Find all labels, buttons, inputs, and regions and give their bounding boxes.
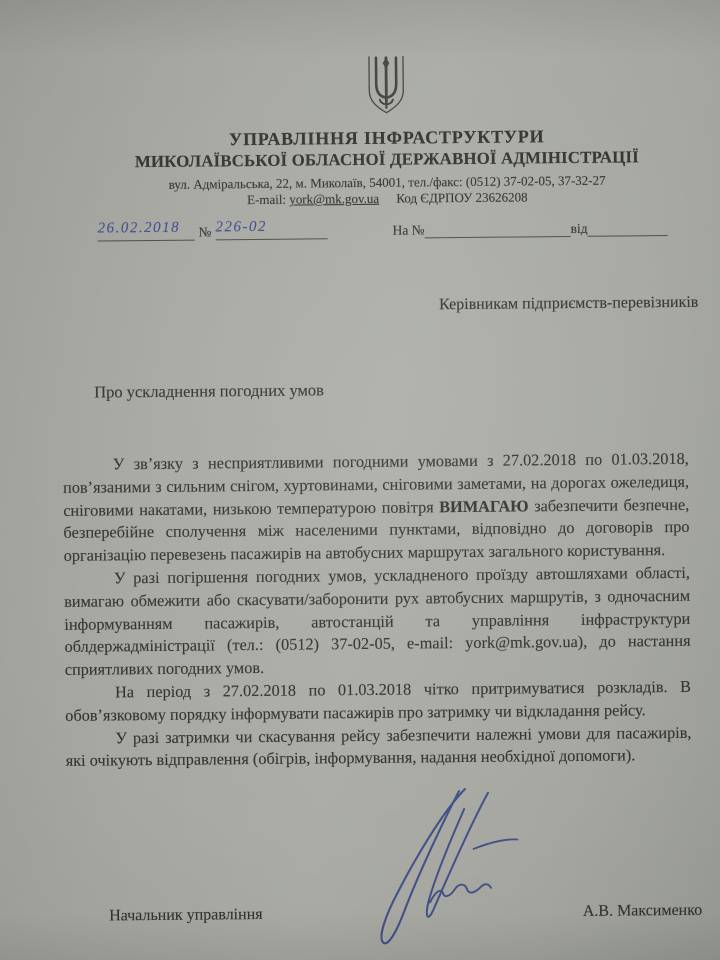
signature-row: Начальник управління А.В. Максименко: [109, 902, 702, 926]
vid-blank-line: [587, 215, 667, 237]
letter-body: У зв’язку з несприятливими погодними умо…: [63, 448, 692, 773]
signer-position: Начальник управління: [109, 906, 263, 925]
date-blank-line: 26.02.2018: [97, 220, 194, 242]
edrpou-code: Код ЄДРПОУ 23626208: [396, 189, 527, 205]
na-no-blank-line: [424, 216, 570, 238]
number-sign: №: [199, 224, 212, 240]
document-photo: УПРАВЛІННЯ ІНФРАСТРУКТУРИ МИКОЛАЇВСЬКОЇ …: [0, 0, 720, 960]
number-blank-line: 226-02: [215, 218, 327, 240]
outgoing-ref: 26.02.2018 № 226-02: [97, 218, 327, 241]
letterhead: УПРАВЛІННЯ ІНФРАСТРУКТУРИ МИКОЛАЇВСЬКОЇ …: [74, 53, 699, 209]
subject-line: Про ускладнення погодних умов: [94, 380, 324, 402]
paragraph-2: У разі погіршення погодних умов, ускладн…: [64, 562, 691, 682]
paragraph-3: На період з 27.02.2018 по 01.03.2018 чіт…: [65, 676, 691, 728]
letter-paper: УПРАВЛІННЯ ІНФРАСТРУКТУРИ МИКОЛАЇВСЬКОЇ …: [0, 0, 720, 960]
ukraine-trident-icon: [363, 56, 410, 118]
paragraph-1: У зв’язку з несприятливими погодними умо…: [63, 448, 690, 568]
recipient-line: Керівникам підприємств-перевізників: [439, 294, 698, 314]
signer-name: А.В. Максименко: [583, 902, 703, 921]
paragraph-4: У разі затримки чи скасування рейсу забе…: [65, 721, 691, 773]
vid-label: від: [571, 221, 588, 237]
na-no-label: На №: [393, 222, 425, 238]
paragraph-1-keyword: ВИМАГАЮ: [439, 496, 529, 516]
org-name-line2: МИКОЛАЇВСЬКОЇ ОБЛАСНОЇ ДЕРЖАВНОЇ АДМІНІС…: [75, 147, 699, 172]
handwritten-number: 226-02: [215, 219, 267, 235]
incoming-ref: На № від: [392, 215, 667, 239]
handwritten-signature: [369, 782, 583, 956]
reference-line: 26.02.2018 № 226-02 На № від: [97, 215, 667, 241]
email-label: E-mail:: [247, 192, 286, 207]
email-value: york@mk.gov.ua: [289, 191, 379, 207]
handwritten-date: 26.02.2018: [97, 220, 180, 237]
